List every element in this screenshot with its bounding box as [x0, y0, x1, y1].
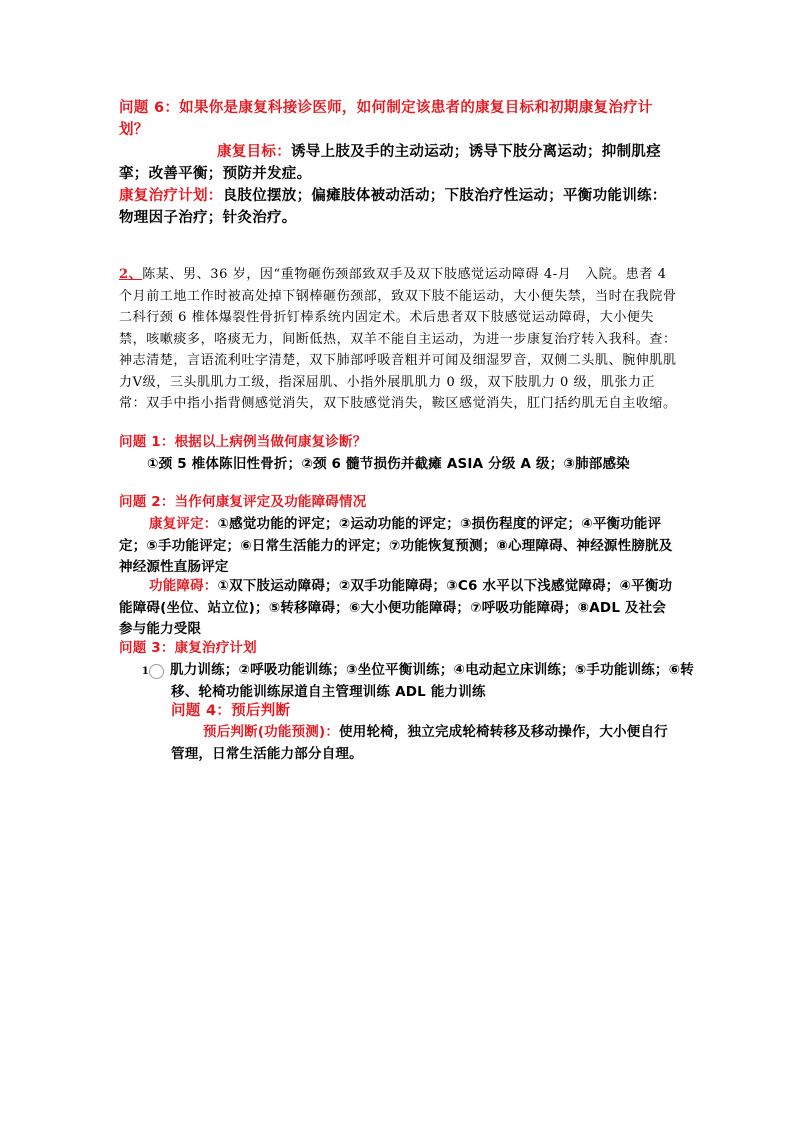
- q6-goal-label: 康复目标：: [217, 144, 291, 160]
- q4-prognosis: 预后判断(功能预测)：使用轮椅，独立完成轮椅转移及移动操作，大小便自行管理，日常…: [171, 722, 679, 765]
- q4-label: 预后判断(功能预测)：: [203, 724, 339, 740]
- q6-plan-label: 康复治疗计划：: [119, 188, 223, 204]
- q2-eval: 康复评定：①感觉功能的评定；②运动功能的评定；③损伤程度的评定；④平衡功能评定；…: [119, 514, 679, 579]
- q2-title: 问题 2：当作何康复评定及功能障碍情况: [119, 492, 679, 514]
- case2-number: 2、: [119, 267, 142, 282]
- q2-eval-label: 康复评定：: [149, 516, 218, 532]
- q3-title: 问题 3：康复治疗计划: [119, 638, 679, 660]
- q2-dys-label: 功能障碍：: [149, 578, 218, 594]
- q4-title: 问题 4：预后判断: [171, 700, 679, 722]
- case2-text: 陈某、男、36 岁，因“重物砸伤颈部致双手及双下肢感觉运动障碍 4-月 入院。患…: [119, 267, 677, 411]
- q1-title: 问题 1：根据以上病例当做何康复诊断？: [119, 432, 679, 454]
- q6-title: 问题 6：如果你是康复科接诊医师，如何制定该患者的康复目标和初期康复治疗计划？: [119, 97, 679, 141]
- q3-text: 肌力训练；②呼吸功能训练；③坐位平衡训练；④电动起立床训练；⑤手功能训练；⑥转移…: [170, 662, 694, 700]
- q6-plan: 康复治疗计划：良肢位摆放；偏瘫肢体被动活动；下肢治疗性运动；平衡功能训练：物理因…: [119, 185, 679, 229]
- q6-goal-text: 诱导上肢及手的主动运动；诱导下肢分离运动；抑制肌痉挛；改善平衡；预防并发症。: [119, 144, 661, 182]
- case2-paragraph: 2、陈某、男、36 岁，因“重物砸伤颈部致双手及双下肢感觉运动障碍 4-月 入院…: [119, 264, 679, 415]
- q3-list-item: 1肌力训练；②呼吸功能训练；③坐位平衡训练；④电动起立床训练；⑤手功能训练；⑥转…: [149, 660, 701, 703]
- list-number-badge: 1: [149, 664, 164, 679]
- document-page: 问题 6：如果你是康复科接诊医师，如何制定该患者的康复目标和初期康复治疗计划？ …: [0, 0, 793, 1122]
- q1-answer: ①颈 5 椎体陈旧性骨折；②颈 6 髓节损伤并截瘫 ASIA 分级 A 级；③肺…: [119, 454, 679, 476]
- q2-dysfunction: 功能障碍：①双下肢运动障碍；②双手功能障碍；③C6 水平以下浅感觉障碍；④平衡功…: [119, 576, 679, 641]
- q6-goal: 康复目标：诱导上肢及手的主动运动；诱导下肢分离运动；抑制肌痉挛；改善平衡；预防并…: [119, 141, 679, 185]
